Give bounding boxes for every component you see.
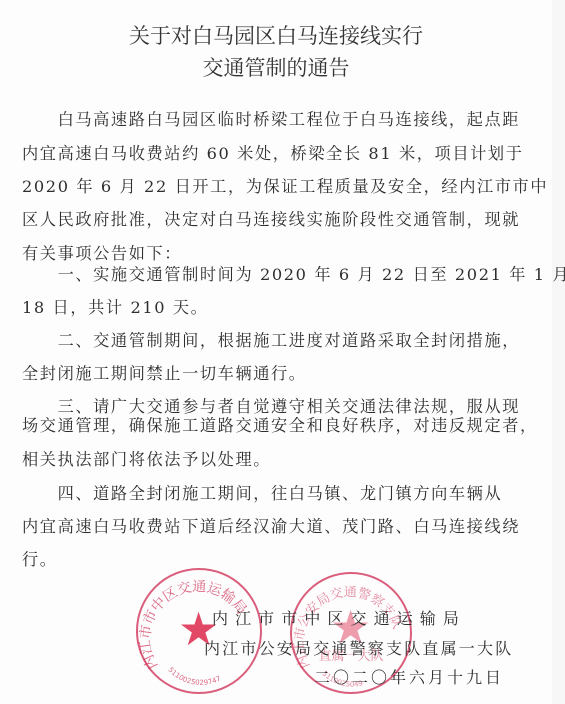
- body-line: 二、交通管制期间，根据施工进度对道路采取全封闭措施，: [22, 327, 520, 351]
- body-line: 全封闭施工期间禁止一切车辆通行。: [22, 360, 307, 384]
- official-stamp-transport-bureau: 内江市市中区交通运输局 5110025029747 ★: [136, 568, 262, 694]
- issuer-transport-bureau: 内 江 市 市 中 区 交 通 运 输 局: [212, 606, 460, 629]
- document-title-line-2: 交通管制的通告: [0, 52, 552, 82]
- document-title-line-1: 关于对白马园区白马连接线实行: [0, 20, 552, 50]
- body-line: 内宜高速白马收费站下道后经汉渝大道、茂门路、白马连接线绕: [22, 513, 520, 537]
- body-line: 内宜高速白马收费站约 60 米处，桥梁全长 81 米，项目计划于: [22, 140, 523, 164]
- body-line: 18 日，共计 210 天。: [22, 294, 208, 318]
- body-line: 相关执法部门将依法予以处理。: [22, 446, 271, 470]
- body-line: 白马高速路白马园区临时桥梁工程位于白马连接线，起点距: [22, 106, 520, 130]
- body-line: 场交通管理，确保施工道路交通安全和良好秩序，对违反规定者，: [22, 412, 538, 436]
- document-page: 关于对白马园区白马连接线实行 交通管制的通告 白马高速路白马园区临时桥梁工程位于…: [0, 0, 552, 704]
- svg-text:5110025029747: 5110025029747: [166, 666, 221, 687]
- body-line: 2020 年 6 月 22 日开工，为保证工程质量及安全，经内江市市中: [22, 173, 548, 197]
- body-line: 区人民政府批准，决定对白马连接线实施阶段性交通管制，现就: [22, 206, 520, 230]
- issuer-traffic-police: 内江市公安局交通警察支队直属一大队: [204, 636, 513, 659]
- body-line: 行。: [22, 546, 58, 570]
- issue-date: 二〇二〇年六月十九日: [314, 665, 504, 688]
- body-line: 四、道路全封闭施工期间，往白马镇、龙门镇方向车辆从: [22, 480, 502, 504]
- body-line: 一、实施交通管制时间为 2020 年 6 月 22 日至 2021 年 1 月: [22, 261, 565, 285]
